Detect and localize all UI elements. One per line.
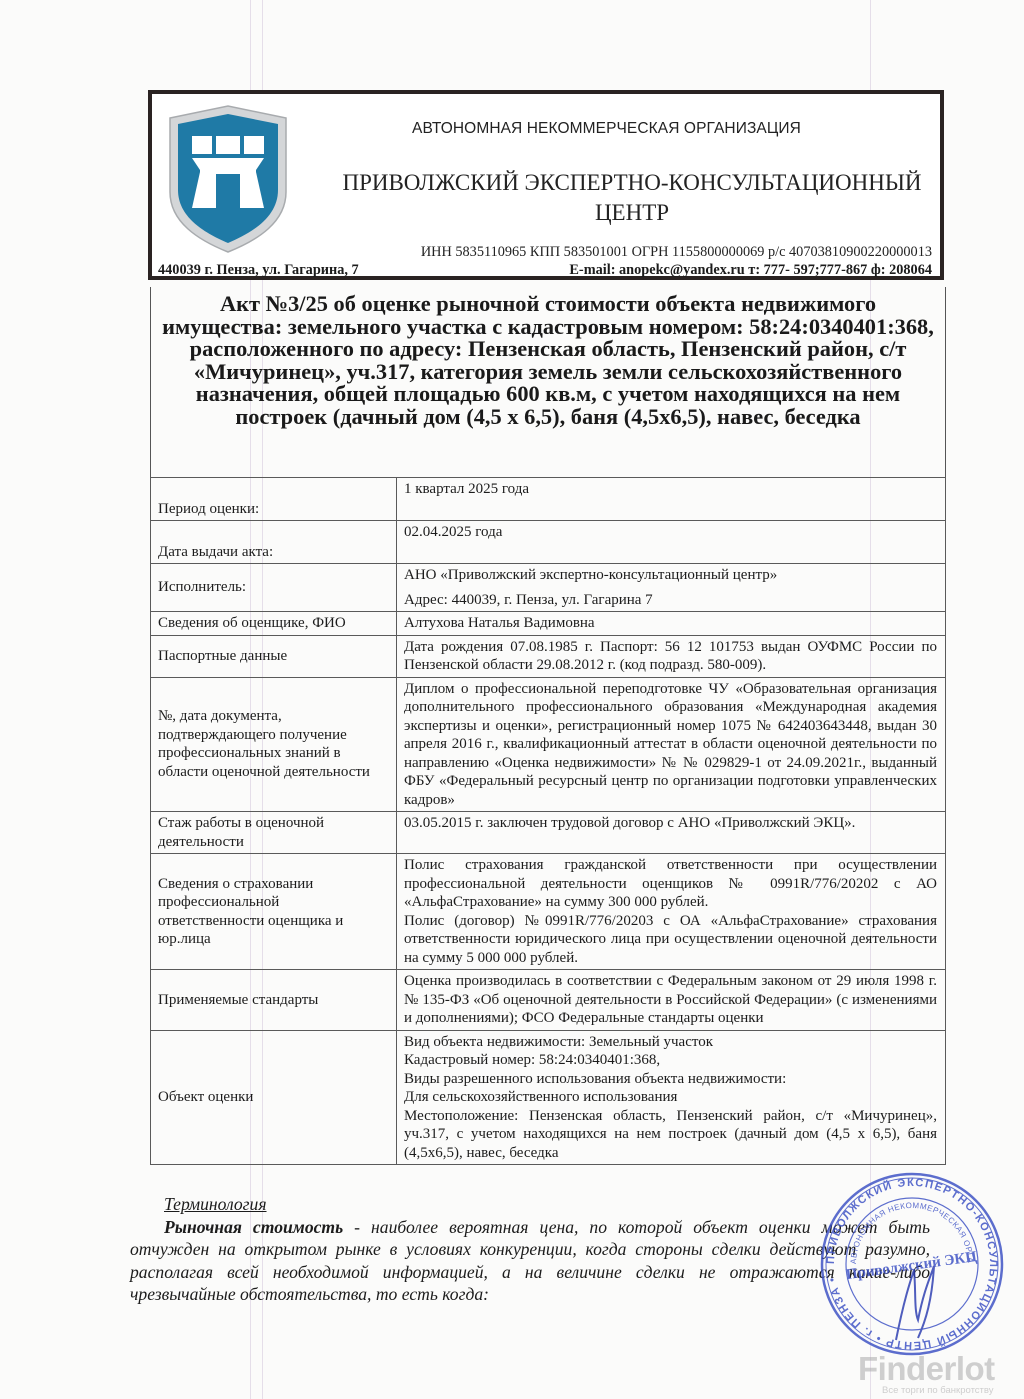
official-stamp-icon: ПРИВОЛЖСКИЙ ЭКСПЕРТНО-КОНСУЛЬТАЦИОННЫЙ Ц… [818,1170,1006,1358]
row-label: Применяемые стандарты [151,970,397,1031]
table-row: Стаж работы в оценочной деятельности03.0… [151,812,946,854]
row-value-line: Полис (договор) №0991R/776/20203 с ОА «А… [404,912,937,968]
row-label: Дата выдачи акта: [151,521,397,564]
row-value-line: Оценка производилась в соответствии с Фе… [404,972,937,1028]
terminology-section: Терминология Рыночная стоимость - наибол… [130,1193,930,1306]
row-value-line: Дата рождения 07.08.1985 г. Паспорт: 56 … [404,638,937,675]
org-name-line1: ПРИВОЛЖСКИЙ ЭКСПЕРТНО-КОНСУЛЬТАЦИОННЫЙ [332,168,932,198]
table-row: Применяемые стандартыОценка производилас… [151,970,946,1031]
table-row: Сведения о страховании профессиональной … [151,854,946,970]
row-value: Дата рождения 07.08.1985 г. Паспорт: 56 … [397,635,946,677]
row-label: Объект оценки [151,1030,397,1165]
row-label: Стаж работы в оценочной деятельности [151,812,397,854]
table-row: Исполнитель:АНО «Приволжский экспертно-к… [151,564,946,612]
row-label: Паспортные данные [151,635,397,677]
row-value-line: Кадастровый номер: 58:24:0340401:368, [404,1051,937,1070]
org-type: АВТОНОМНАЯ НЕКОММЕРЧЕСКАЯ ОРГАНИЗАЦИЯ [412,120,801,138]
row-value-line: 02.04.2025 года [404,523,937,542]
row-value-line: Местоположение: Пензенская область, Пенз… [404,1107,937,1163]
row-value: 02.04.2025 года [397,521,946,564]
row-label: Сведения об оценщике, ФИО [151,612,397,636]
terminology-definition: Рыночная стоимость - наиболее вероятная … [130,1216,930,1306]
org-contacts: E-mail: anopekc@yandex.ru т: 777- 597;77… [569,262,932,279]
row-label: Сведения о страховании профессиональной … [151,854,397,970]
title-box: Акт №3/25 об оценке рыночной стоимости о… [150,287,946,478]
row-value: 1 квартал 2025 года [397,478,946,521]
row-label: Период оценки: [151,478,397,521]
act-title: Акт №3/25 об оценке рыночной стоимости о… [161,293,935,429]
watermark-tagline: Все торги по банкротству [882,1385,994,1396]
watermark-brand: Finderlot [858,1350,995,1388]
letterhead: АВТОНОМНАЯ НЕКОММЕРЧЕСКАЯ ОРГАНИЗАЦИЯ ПР… [148,90,944,280]
shield-tower-logo-icon [166,104,290,254]
row-value-line: Вид объекта недвижимости: Земельный учас… [404,1033,937,1052]
row-value: Полис страхования гражданской ответствен… [397,854,946,970]
org-name-line2: ЦЕНТР [332,198,932,228]
table-row: Дата выдачи акта:02.04.2025 года [151,521,946,564]
org-name: ПРИВОЛЖСКИЙ ЭКСПЕРТНО-КОНСУЛЬТАЦИОННЫЙ Ц… [332,168,932,228]
table-row: Паспортные данныеДата рождения 07.08.198… [151,635,946,677]
info-table: Период оценки:1 квартал 2025 годаДата вы… [150,477,946,1165]
org-address: 440039 г. Пенза, ул. Гагарина, 7 [158,262,359,279]
row-value: 03.05.2015 г. заключен трудовой договор … [397,812,946,854]
row-value-line: Для сельскохозяйственного использования [404,1088,937,1107]
table-row: №, дата документа, подтверждающего получ… [151,677,946,812]
row-value-line: АНО «Приволжский экспертно-консультацион… [404,566,937,585]
row-value: Вид объекта недвижимости: Земельный учас… [397,1030,946,1165]
watermark: Finderlot Все торги по банкротству [858,1350,995,1388]
row-value-line: Адрес: 440039, г. Пенза, ул. Гагарина 7 [404,591,937,610]
term-name: Рыночная стоимость [164,1217,343,1237]
row-value: Алтухова Наталья Вадимовна [397,612,946,636]
row-value: Диплом о профессиональной переподготовке… [397,677,946,812]
requisites: ИНН 5835110965 КПП 583501001 ОГРН 115580… [421,244,932,261]
row-value-line: Полис страхования гражданской ответствен… [404,856,937,912]
row-value-line: Диплом о профессиональной переподготовке… [404,680,937,810]
document-page: АВТОНОМНАЯ НЕКОММЕРЧЕСКАЯ ОРГАНИЗАЦИЯ ПР… [0,0,1024,1399]
table-row: Сведения об оценщике, ФИОАлтухова Наталь… [151,612,946,636]
table-row: Период оценки:1 квартал 2025 года [151,478,946,521]
row-label: №, дата документа, подтверждающего получ… [151,677,397,812]
row-value-line: 1 квартал 2025 года [404,480,937,499]
row-value-line: Алтухова Наталья Вадимовна [404,614,937,633]
row-value-line: Виды разрешенного использования объекта … [404,1070,937,1089]
row-value: Оценка производилась в соответствии с Фе… [397,970,946,1031]
terminology-heading: Терминология [164,1193,930,1216]
row-value: АНО «Приволжский экспертно-консультацион… [397,564,946,612]
address-line: 440039 г. Пенза, ул. Гагарина, 7 E-mail:… [158,262,932,279]
row-value-line: 03.05.2015 г. заключен трудовой договор … [404,814,937,833]
table-row: Объект оценкиВид объекта недвижимости: З… [151,1030,946,1165]
row-label: Исполнитель: [151,564,397,612]
